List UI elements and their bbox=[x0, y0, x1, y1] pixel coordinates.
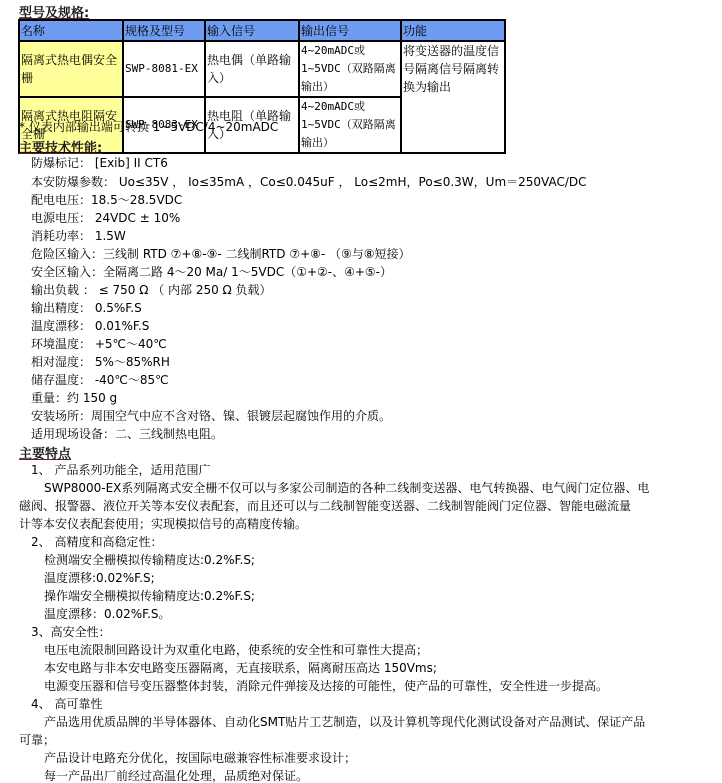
spec-item: 储存温度： -40℃～85℃ bbox=[31, 371, 169, 389]
cell-output: 4~20mADC或1~5VDC（双路隔离输出） bbox=[299, 97, 401, 153]
header-input: 输入信号 bbox=[205, 20, 299, 41]
feature-text: 电源变压器和信号变压器整体封装，消除元件弹接及达接的可能性，使产品的可靠性，安全… bbox=[44, 677, 608, 695]
feature-heading-3: 3、高安全性： bbox=[31, 623, 111, 641]
spec-item: 消耗功率： 1.5W bbox=[31, 227, 126, 245]
feature-heading-2: 2、 高精度和高稳定性： bbox=[31, 533, 162, 551]
cell-input: 热电偶（单路输入） bbox=[205, 41, 299, 97]
header-model: 规格及型号 bbox=[123, 20, 205, 41]
spec-item: 危险区输入：三线制 RTD ⑦+⑧-⑨- 二线制RTD ⑦+⑧- （⑨与⑧短接） bbox=[31, 245, 411, 263]
spec-item: 输出精度： 0.5%F.S bbox=[31, 299, 142, 317]
spec-item: 电源电压： 24VDC ± 10% bbox=[31, 209, 180, 227]
table-header-row: 名称 规格及型号 输入信号 输出信号 功能 bbox=[19, 20, 505, 41]
spec-item: 安装场所：周围空气中应不含对铬、镍、银镀层起腐蚀作用的介质。 bbox=[31, 407, 391, 425]
table-note: * 仪表内部输出端可转换 1~5VDC/4~20mADC bbox=[19, 118, 278, 136]
header-function: 功能 bbox=[401, 20, 505, 41]
spec-item: 重量：约 150 g bbox=[31, 389, 117, 407]
feature-text: 温度漂移:0.02%F.S; bbox=[44, 569, 155, 587]
feature-text: 可靠； bbox=[19, 731, 55, 749]
spec-item: 适用现场设备：二、三线制热电阻。 bbox=[31, 425, 223, 443]
feature-text: 电压电流限制回路设计为双重化电路，使系统的安全性和可靠性大提高； bbox=[44, 641, 428, 659]
feature-text: 检测端安全栅模拟传输精度达:0.2%F.S; bbox=[44, 551, 255, 569]
spec-item: 配电电压：18.5～28.5VDC bbox=[31, 191, 182, 209]
heading-main-features: 主要特点 bbox=[19, 443, 71, 462]
spec-item: 本安防爆参数： Uo≤35V ， Io≤35mA ，Co≤0.045uF ， L… bbox=[31, 173, 587, 191]
feature-heading-1: 1、 产品系列功能全，适用范围广 bbox=[31, 461, 210, 479]
feature-text: SWP8000-EX系列隔离式安全栅不仅可以与多家公司制造的各种二线制变送器、电… bbox=[44, 479, 649, 497]
table-row: 隔离式热电偶安全栅 SWP-8081-EX 热电偶（单路输入） 4~20mADC… bbox=[19, 41, 505, 97]
header-name: 名称 bbox=[19, 20, 123, 41]
cell-function: 将变送器的温度信号隔离信号隔离转换为输出 bbox=[401, 41, 505, 153]
feature-text: 计等本安仪表配套使用；实现模拟信号的高精度传输。 bbox=[19, 515, 307, 533]
header-output: 输出信号 bbox=[299, 20, 401, 41]
spec-item: 温度漂移： 0.01%F.S bbox=[31, 317, 149, 335]
spec-item: 相对湿度： 5%～85%RH bbox=[31, 353, 170, 371]
feature-text: 每一产品出厂前经过高温化处理，品质绝对保证。 bbox=[44, 767, 308, 783]
cell-output: 4~20mADC或1~5VDC（双路隔离输出） bbox=[299, 41, 401, 97]
spec-item: 环境温度： +5℃～40℃ bbox=[31, 335, 167, 353]
spec-item: 安全区输入：全隔离二路 4～20 Ma/ 1～5VDC（①+②-、④+⑤-） bbox=[31, 263, 392, 281]
spec-item: 输出负载 ： ≤ 750 Ω （ 内部 250 Ω 负载） bbox=[31, 281, 272, 299]
feature-text: 本安电路与非本安电路变压器隔离，无直接联系，隔离耐压高达 150Vms; bbox=[44, 659, 437, 677]
feature-text: 产品设计电路充分优化，按国际电磁兼容性标准要求设计； bbox=[44, 749, 356, 767]
cell-name: 隔离式热电偶安全栅 bbox=[19, 41, 123, 97]
feature-text: 温度漂移：0.02%F.S。 bbox=[44, 605, 171, 623]
feature-text: 产品选用优质品牌的半导体器体、自动化SMT贴片工艺制造，以及计算机等现代化测试设… bbox=[44, 713, 645, 731]
feature-heading-4: 4、 高可靠性 bbox=[31, 695, 102, 713]
cell-model: SWP-8081-EX bbox=[123, 41, 205, 97]
feature-text: 磁阀、报警器、液位开关等本安仪表配套，而且还可以与二线制智能变送器、二线制智能阀… bbox=[19, 497, 631, 515]
feature-text: 操作端安全栅模拟传输精度达:0.2%F.S; bbox=[44, 587, 255, 605]
spec-item: 防爆标记： [Exib] II CT6 bbox=[31, 154, 168, 172]
